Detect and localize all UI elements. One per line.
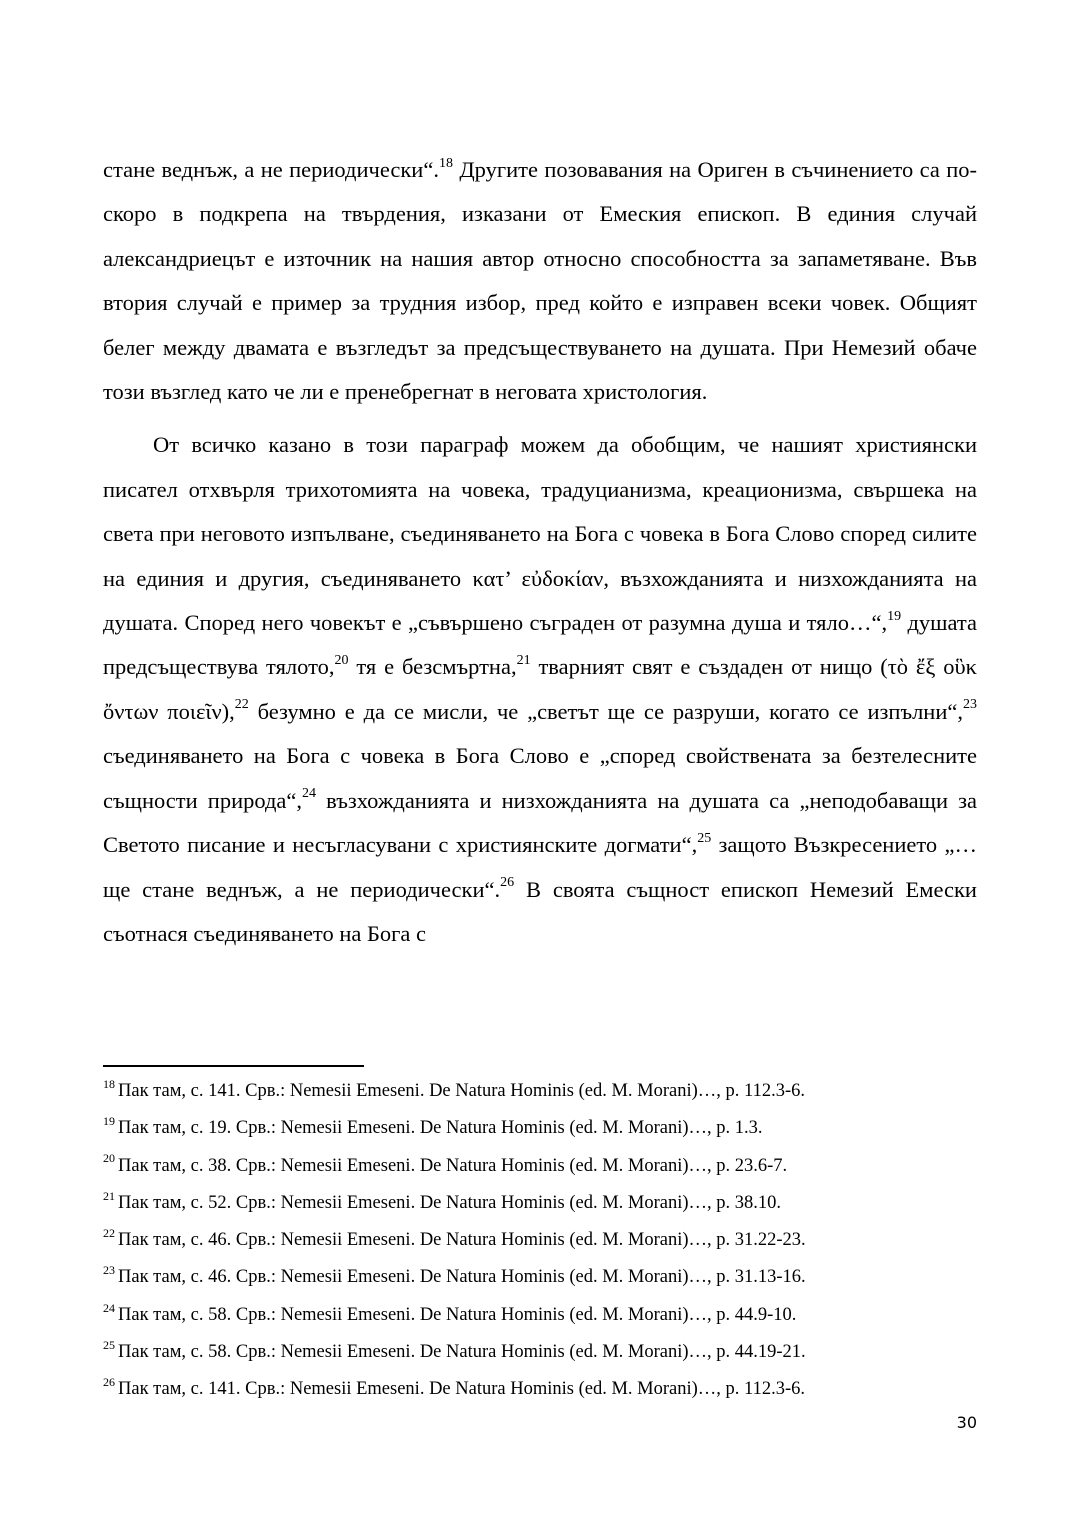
- body-text: стане веднъж, а не периодически“.18 Друг…: [103, 148, 977, 956]
- footnote: 25Пак там, с. 58. Срв.: Nemesii Emeseni.…: [103, 1334, 977, 1371]
- footnote-reference[interactable]: 26: [500, 875, 514, 890]
- footnote: 19Пак там, с. 19. Срв.: Nemesii Emeseni.…: [103, 1110, 977, 1147]
- footnote: 21Пак там, с. 52. Срв.: Nemesii Emeseni.…: [103, 1185, 977, 1222]
- footnote-reference[interactable]: 23: [963, 697, 977, 712]
- paragraph-text: Другите позовавания на Ориген в съчинени…: [103, 157, 977, 404]
- footnote-text: Пак там, с. 58. Срв.: Nemesii Emeseni. D…: [118, 1342, 806, 1362]
- footnote-text: Пак там, с. 38. Срв.: Nemesii Emeseni. D…: [118, 1156, 787, 1176]
- footnote-reference[interactable]: 24: [302, 786, 316, 801]
- footnote-reference[interactable]: 19: [887, 609, 901, 624]
- footnote-text: Пак там, с. 46. Срв.: Nemesii Emeseni. D…: [118, 1267, 806, 1287]
- footnote-number: 21: [103, 1189, 115, 1203]
- footnote-reference[interactable]: 18: [439, 156, 453, 171]
- footnote-text: Пак там, с. 46. Срв.: Nemesii Emeseni. D…: [118, 1230, 806, 1250]
- footnote-number: 22: [103, 1226, 115, 1240]
- footnote-text: Пак там, с. 141. Срв.: Nemesii Emeseni. …: [118, 1081, 805, 1101]
- paragraph-text: тя е безсмъртна,: [349, 654, 517, 679]
- footnote-number: 24: [103, 1301, 115, 1315]
- footnote: 26Пак там, с. 141. Срв.: Nemesii Emeseni…: [103, 1371, 977, 1408]
- footnote-number: 20: [103, 1151, 115, 1165]
- document-page: стане веднъж, а не периодически“.18 Друг…: [0, 0, 1080, 1527]
- footnote-separator: [103, 1065, 364, 1067]
- paragraph: стане веднъж, а не периодически“.18 Друг…: [103, 148, 977, 414]
- footnote-number: 26: [103, 1375, 115, 1389]
- paragraph-text: От всичко казано в този параграф можем д…: [103, 432, 977, 635]
- footnote-text: Пак там, с. 141. Срв.: Nemesii Emeseni. …: [118, 1379, 805, 1399]
- paragraph-text: безумно е да се мисли, че „светът ще се …: [249, 699, 963, 724]
- footnote-number: 19: [103, 1114, 115, 1128]
- footnote-reference[interactable]: 22: [235, 697, 249, 712]
- paragraph-text: стане веднъж, а не периодически“.: [103, 157, 439, 182]
- footnote-reference[interactable]: 21: [517, 653, 531, 668]
- footnote: 24Пак там, с. 58. Срв.: Nemesii Emeseni.…: [103, 1297, 977, 1334]
- footnote-reference[interactable]: 25: [697, 831, 711, 846]
- footnote-reference[interactable]: 20: [335, 653, 349, 668]
- footnote-number: 25: [103, 1338, 115, 1352]
- paragraph: От всичко казано в този параграф можем д…: [103, 423, 977, 956]
- footnote-text: Пак там, с. 52. Срв.: Nemesii Emeseni. D…: [118, 1193, 781, 1213]
- footnote: 22Пак там, с. 46. Срв.: Nemesii Emeseni.…: [103, 1222, 977, 1259]
- footnote-number: 23: [103, 1263, 115, 1277]
- footnotes: 18Пак там, с. 141. Срв.: Nemesii Emeseni…: [103, 1073, 977, 1409]
- footnote-text: Пак там, с. 58. Срв.: Nemesii Emeseni. D…: [118, 1305, 796, 1325]
- page-number: 30: [957, 1413, 977, 1432]
- footnote: 23Пак там, с. 46. Срв.: Nemesii Emeseni.…: [103, 1259, 977, 1296]
- footnote-text: Пак там, с. 19. Срв.: Nemesii Emeseni. D…: [118, 1118, 763, 1138]
- footnote-number: 18: [103, 1077, 115, 1091]
- footnote: 18Пак там, с. 141. Срв.: Nemesii Emeseni…: [103, 1073, 977, 1110]
- footnote: 20Пак там, с. 38. Срв.: Nemesii Emeseni.…: [103, 1148, 977, 1185]
